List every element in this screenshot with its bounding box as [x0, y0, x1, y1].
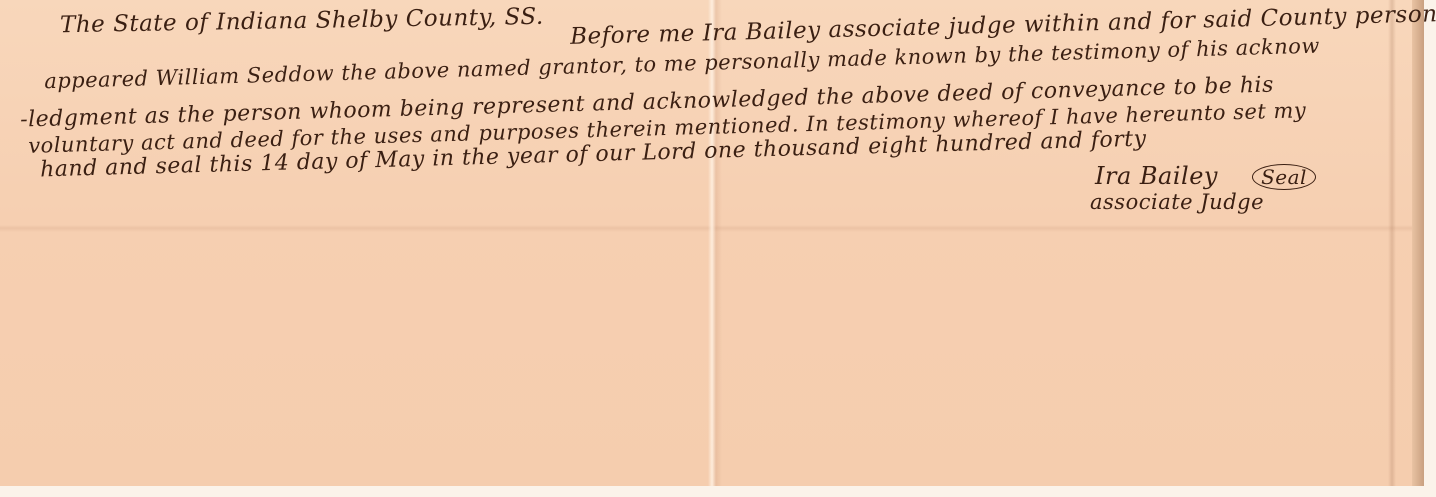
paper-edge	[1412, 0, 1424, 486]
heading-venue: The State of Indiana Shelby County, SS.	[60, 4, 544, 38]
seal-mark: Seal	[1252, 164, 1316, 190]
signature-title: associate Judge	[1090, 190, 1264, 214]
signature-name: Ira Bailey	[1095, 162, 1218, 190]
document-page: The State of Indiana Shelby County, SS. …	[0, 0, 1424, 486]
signature-block: Ira Bailey Seal	[1095, 162, 1316, 190]
